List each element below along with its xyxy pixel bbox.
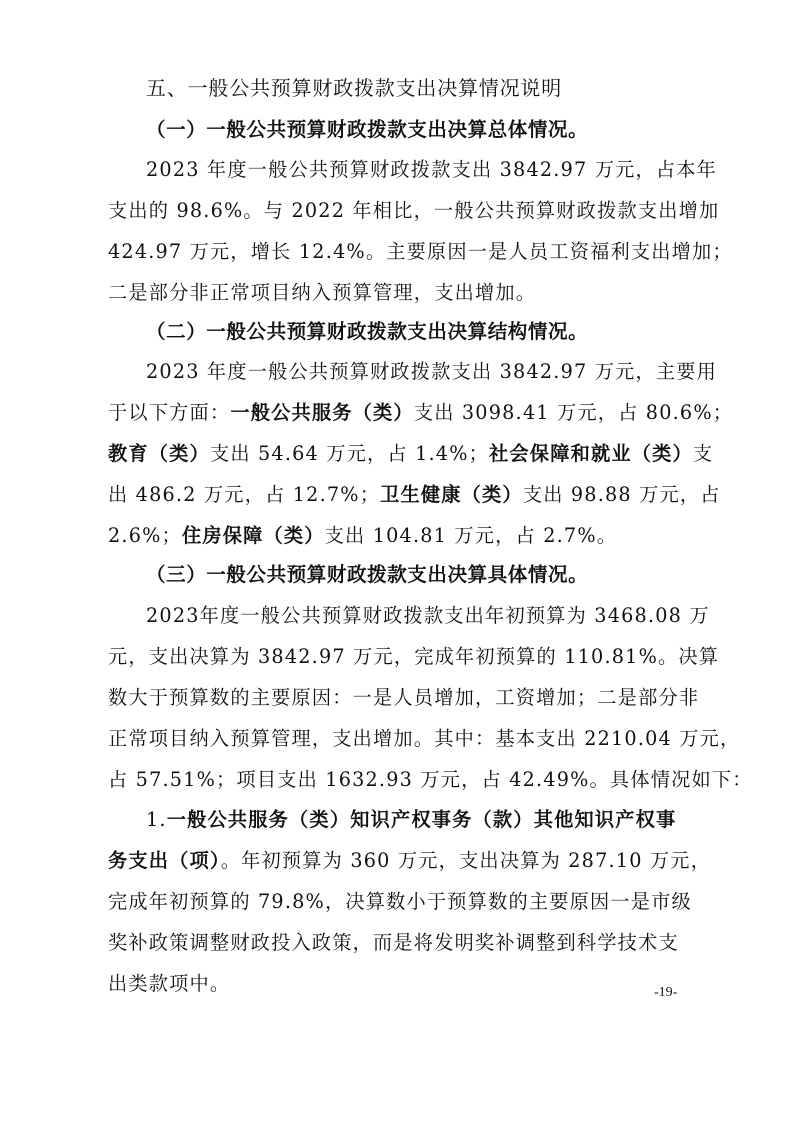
paragraph-line: 支出的 98.6%。与 2022 年相比，一般公共预算财政拨款支出增加 <box>108 199 698 223</box>
category-education: 教育（类） <box>108 442 210 465</box>
text: 支出 98.88 万元，占 <box>523 483 721 506</box>
subsection-2-title: （二）一般公共预算财政拨款支出决算结构情况。 <box>146 320 736 344</box>
page-number: -19- <box>654 985 677 1001</box>
text: 支出 3098.41 万元，占 80.6%； <box>414 401 733 424</box>
section-title: 五、一般公共预算财政拨款支出决算情况说明 <box>146 76 736 100</box>
category-housing: 住房保障（类） <box>182 524 325 547</box>
item-title-cont: 务支出（项） <box>108 849 221 872</box>
text: 支出 104.81 万元，占 2.7%。 <box>325 524 618 547</box>
paragraph-line: 元，支出决算为 3842.97 万元，完成年初预算的 110.81%。决算 <box>108 645 698 669</box>
text: 支 <box>693 442 713 465</box>
text: 于以下方面： <box>108 401 230 424</box>
paragraph-line: 出类款项中。 <box>108 972 698 996</box>
subsection-3-title: （三）一般公共预算财政拨款支出决算具体情况。 <box>146 563 736 587</box>
paragraph-line: 2023 年度一般公共预算财政拨款支出 3842.97 万元，主要用 <box>146 360 736 384</box>
category-health: 卫生健康（类） <box>380 483 523 506</box>
paragraph-line: 2023年度一般公共预算财政拨款支出年初预算为 3468.08 万 <box>146 604 736 628</box>
text: 。年初预算为 360 万元，支出决算为 287.10 万元， <box>221 849 711 872</box>
paragraph-line: 完成年初预算的 79.8%，决算数小于预算数的主要原因一是市级 <box>108 890 698 914</box>
paragraph-line: 占 57.51%；项目支出 1632.93 万元，占 42.49%。具体情况如下… <box>108 768 698 792</box>
paragraph-line: 数大于预算数的主要原因：一是人员增加，工资增加；二是部分非 <box>108 686 698 710</box>
item-title: 一般公共服务（类）知识产权事务（款）其他知识产权事 <box>167 808 677 831</box>
text: 出 486.2 万元，占 12.7%； <box>108 483 380 506</box>
item-number: 1. <box>146 808 167 831</box>
paragraph-line: 教育（类）支出 54.64 万元，占 1.4%；社会保障和就业（类）支 <box>108 442 698 466</box>
document-page: 五、一般公共预算财政拨款支出决算情况说明 （一）一般公共预算财政拨款支出决算总体… <box>0 0 793 1122</box>
paragraph-line: 奖补政策调整财政投入政策，而是将发明奖补调整到科学技术支 <box>108 931 698 955</box>
subsection-1-title: （一）一般公共预算财政拨款支出决算总体情况。 <box>146 118 736 142</box>
paragraph-line: 出 486.2 万元，占 12.7%；卫生健康（类）支出 98.88 万元，占 <box>108 483 698 507</box>
paragraph-line: 于以下方面：一般公共服务（类）支出 3098.41 万元，占 80.6%； <box>108 401 698 425</box>
paragraph-line: 二是部分非正常项目纳入预算管理，支出增加。 <box>108 281 698 305</box>
paragraph-line: 正常项目纳入预算管理，支出增加。其中：基本支出 2210.04 万元， <box>108 727 698 751</box>
paragraph-line: 424.97 万元，增长 12.4%。主要原因一是人员工资福利支出增加； <box>108 240 698 264</box>
text: 支出 54.64 万元，占 1.4%； <box>210 442 489 465</box>
item-1-title: 1.一般公共服务（类）知识产权事务（款）其他知识产权事 <box>146 808 736 832</box>
text: 2.6%； <box>108 524 182 547</box>
category-general-public-services: 一般公共服务（类） <box>230 401 414 424</box>
category-social-security: 社会保障和就业（类） <box>489 442 693 465</box>
paragraph-line: 2023 年度一般公共预算财政拨款支出 3842.97 万元，占本年 <box>146 158 736 182</box>
paragraph-line: 务支出（项）。年初预算为 360 万元，支出决算为 287.10 万元， <box>108 849 698 873</box>
paragraph-line: 2.6%；住房保障（类）支出 104.81 万元，占 2.7%。 <box>108 524 698 548</box>
